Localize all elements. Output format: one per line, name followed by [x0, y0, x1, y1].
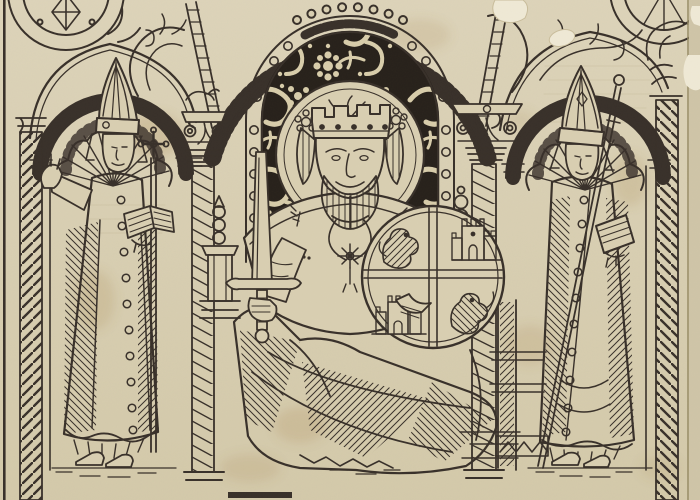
- woodcut-print-scan: [0, 0, 700, 500]
- artwork-svg: [0, 0, 700, 500]
- paper-grain-texture: [0, 0, 700, 500]
